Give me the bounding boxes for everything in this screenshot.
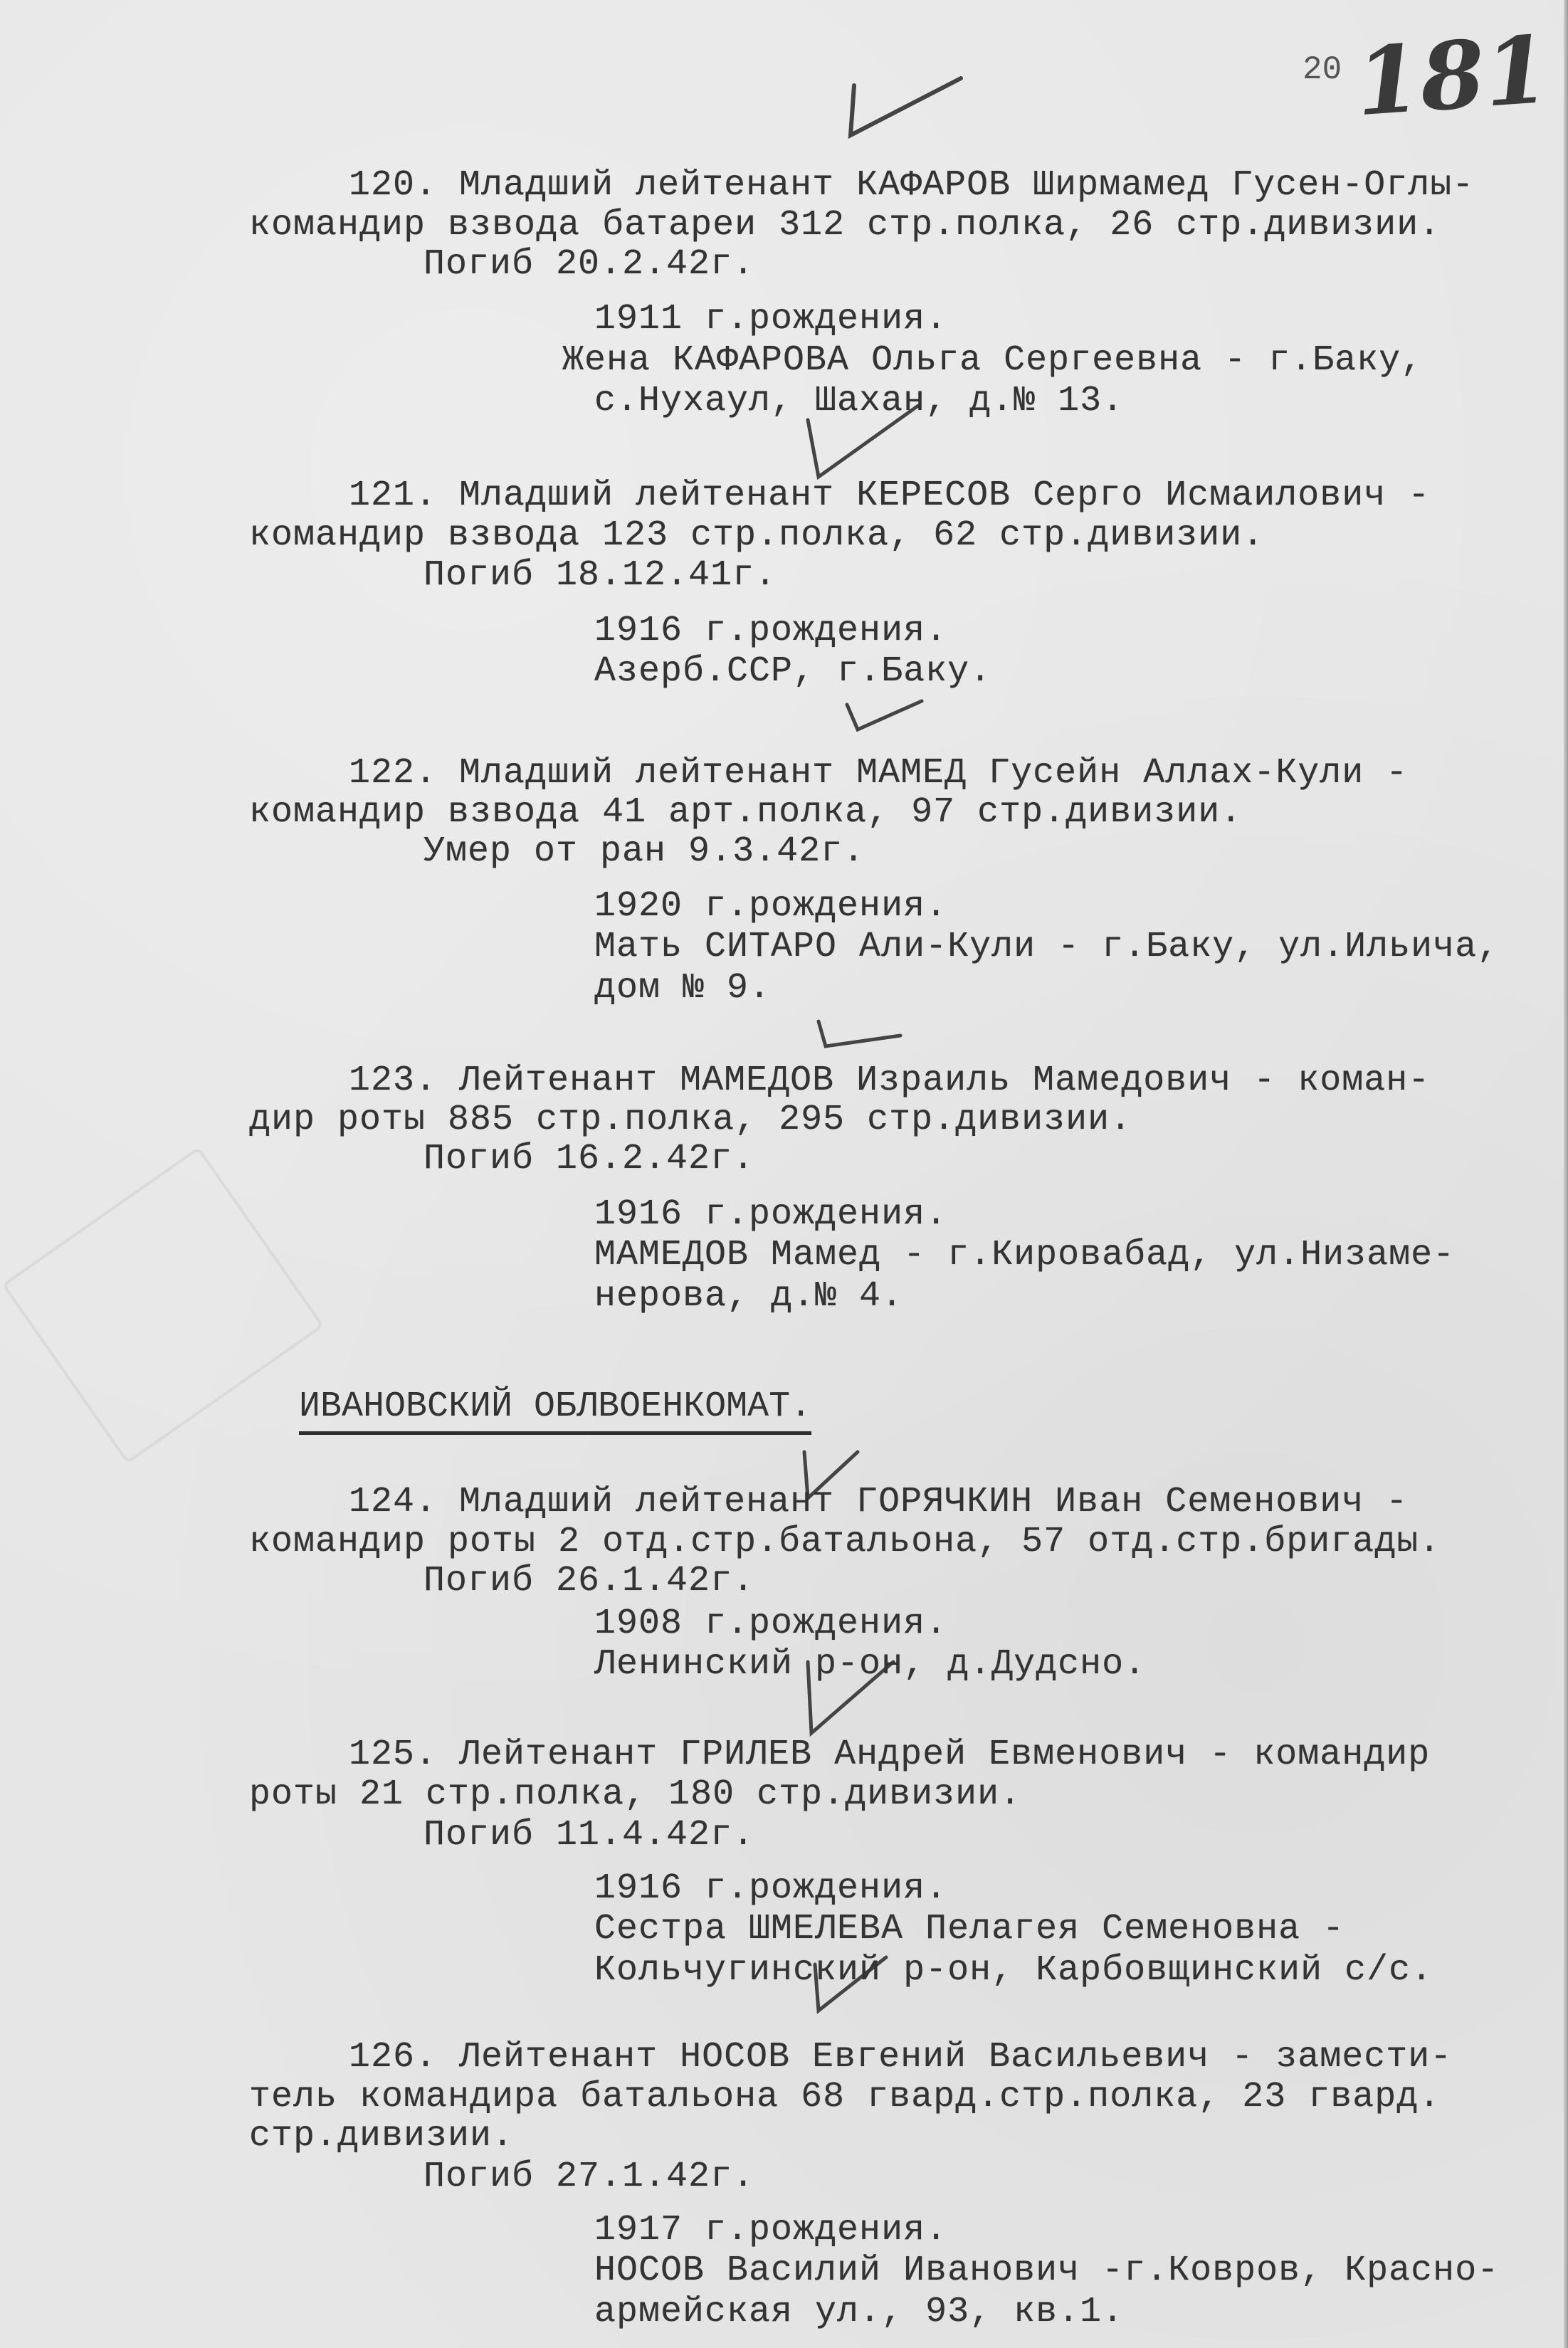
entry-relative: Кольчугинский р-он, Карбовщинский с/с. bbox=[594, 1950, 1433, 1991]
entry-death: Погиб 11.4.42г. bbox=[423, 1815, 754, 1855]
entry-line: командир роты 2 отд.стр.батальона, 57 от… bbox=[249, 1522, 1441, 1562]
entry-line: Младший лейтенант ГОРЯЧКИН Иван Семенови… bbox=[459, 1482, 1408, 1522]
checkmark-icon bbox=[840, 71, 968, 142]
entry-relative: Азерб.ССР, г.Баку. bbox=[594, 651, 991, 692]
entry-line: Младший лейтенант КАФАРОВ Ширмамед Гусен… bbox=[459, 165, 1474, 206]
entry-number: 120. bbox=[349, 165, 437, 206]
checkmark-icon bbox=[840, 694, 925, 737]
entry-death: Погиб 16.2.42г. bbox=[423, 1139, 754, 1179]
entry-line: Младший лейтенант КЕРЕСОВ Серго Исмаилов… bbox=[459, 475, 1430, 516]
entry-line: тель командира батальона 68 гвард.стр.по… bbox=[249, 2077, 1441, 2117]
entry-relative: с.Нухаул, Шахан, д.№ 13. bbox=[594, 381, 1124, 421]
section-heading: ИВАНОВСКИЙ ОБЛВОЕНКОМАТ. bbox=[299, 1386, 811, 1435]
entry-number: 124. bbox=[349, 1482, 437, 1522]
checkmark-icon bbox=[811, 1014, 904, 1053]
entry-number: 123. bbox=[349, 1060, 437, 1101]
entry-birth: 1917 г.рождения. bbox=[594, 2210, 947, 2250]
entry-death: Умер от ран 9.3.42г. bbox=[423, 831, 865, 872]
entry-birth: 1920 г.рождения. bbox=[594, 886, 947, 927]
entry-relative: армейская ул., 93, кв.1. bbox=[594, 2292, 1124, 2332]
entry-birth: 1916 г.рождения. bbox=[594, 1194, 947, 1235]
entry-relative: МАМЕДОВ Мамед - г.Кировабад, ул.Низаме- bbox=[594, 1235, 1455, 1275]
entry-number: 122. bbox=[349, 753, 437, 794]
entry-relative: нерова, д.№ 4. bbox=[594, 1276, 903, 1317]
entry-line: командир взвода 123 стр.полка, 62 стр.ди… bbox=[249, 515, 1264, 556]
entry-relative: дом № 9. bbox=[594, 968, 771, 1009]
entry-birth: 1911 г.рождения. bbox=[594, 299, 947, 339]
entry-line: роты 21 стр.полка, 180 стр.дивизии. bbox=[249, 1774, 1021, 1815]
entry-line: командир взвода 41 арт.полка, 97 стр.див… bbox=[249, 792, 1242, 833]
entry-line: Лейтенант ГРИЛЕВ Андрей Евменович - кома… bbox=[459, 1734, 1430, 1775]
entry-relative: Жена КАФАРОВА Ольга Сергеевна - г.Баку, bbox=[562, 340, 1423, 381]
faded-stamp bbox=[1, 1147, 325, 1464]
entry-death: Погиб 26.1.42г. bbox=[423, 1561, 754, 1601]
entry-line: командир взвода батареи 312 стр.полка, 2… bbox=[249, 205, 1441, 246]
entry-line: стр.дивизии. bbox=[249, 2116, 514, 2157]
entry-birth: 1916 г.рождения. bbox=[594, 611, 947, 651]
entry-death: Погиб 18.12.41г. bbox=[423, 555, 777, 596]
entry-birth: 1916 г.рождения. bbox=[594, 1868, 947, 1909]
typed-page-number: 20 bbox=[1303, 51, 1342, 88]
entry-line: Лейтенант МАМЕДОВ Израиль Мамедович - ко… bbox=[459, 1060, 1430, 1101]
entry-relative: Ленинский р-он, д.Дудсно. bbox=[594, 1644, 1146, 1685]
entry-line: Лейтенант НОСОВ Евгений Васильевич - зам… bbox=[459, 2037, 1452, 2078]
entry-line: дир роты 885 стр.полка, 295 стр.дивизии. bbox=[249, 1100, 1132, 1140]
handwritten-page-number: 181 bbox=[1352, 15, 1552, 137]
entry-line: Младший лейтенант МАМЕД Гусейн Аллах-Кул… bbox=[459, 753, 1408, 794]
entry-relative: Мать СИТАРО Али-Кули - г.Баку, ул.Ильича… bbox=[594, 927, 1499, 967]
entry-birth: 1908 г.рождения. bbox=[594, 1604, 947, 1644]
entry-number: 121. bbox=[349, 475, 437, 516]
entry-relative: НОСОВ Василий Иванович -г.Ковров, Красно… bbox=[594, 2250, 1499, 2291]
entry-number: 125. bbox=[349, 1734, 437, 1775]
entry-death: Погиб 27.1.42г. bbox=[423, 2157, 754, 2197]
page-edge bbox=[1564, 0, 1568, 2348]
entry-number: 126. bbox=[349, 2037, 437, 2078]
entry-relative: Сестра ШМЕЛЕВА Пелагея Семеновна - bbox=[594, 1909, 1345, 1949]
entry-death: Погиб 20.2.42г. bbox=[423, 244, 754, 285]
